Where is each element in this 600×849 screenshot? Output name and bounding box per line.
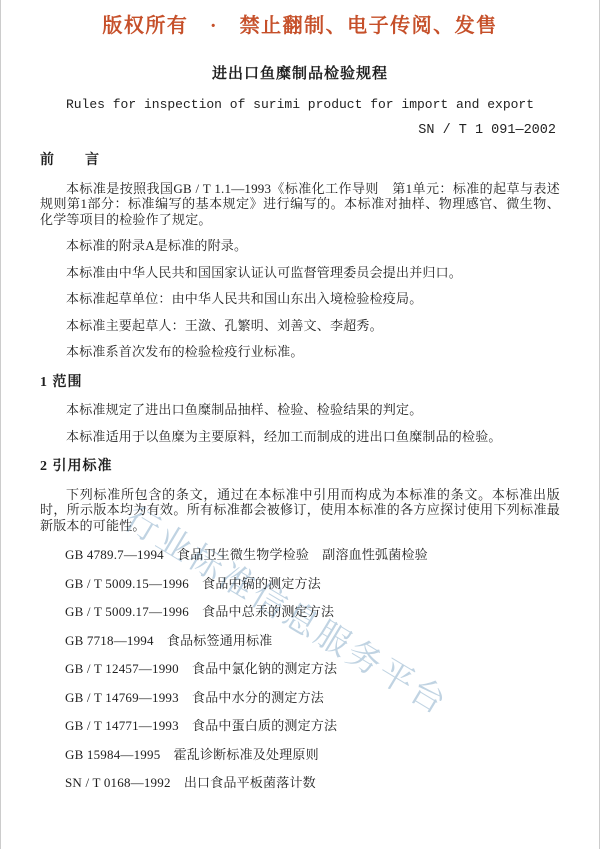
foreword-paragraph: 本标准由中华人民共和国国家认证认可监督管理委员会提出并归口。 [40, 265, 560, 281]
reference-item: GB / T 5009.15—1996 食品中镉的测定方法 [65, 576, 560, 592]
reference-item: GB 4789.7—1994 食品卫生微生物学检验 副溶血性弧菌检验 [65, 547, 560, 563]
section-2-paragraph: 下列标准所包含的条文，通过在本标准中引用而构成为本标准的条文。本标准出版时，所示… [40, 487, 560, 534]
reference-item: SN / T 0168—1992 出口食品平板菌落计数 [65, 775, 560, 791]
page-left-edge [0, 0, 1, 849]
foreword-heading: 前 言 [40, 153, 560, 169]
section-2-heading: 2 引用标准 [40, 459, 560, 475]
reference-item: GB / T 14769—1993 食品中水分的测定方法 [65, 690, 560, 706]
document-title-zh: 进出口鱼糜制品检验规程 [0, 62, 600, 83]
foreword-paragraph: 本标准系首次发布的检验检疫行业标准。 [40, 344, 560, 360]
copyright-notice: 版权所有 · 禁止翻制、电子传阅、发售 [0, 0, 600, 38]
reference-item: GB 15984—1995 霍乱诊断标准及处理原则 [65, 747, 560, 763]
reference-item: GB / T 12457—1990 食品中氯化钠的测定方法 [65, 661, 560, 677]
document-body: 前 言 本标准是按照我国GB / T 1.1—1993《标准化工作导则 第1单元… [40, 153, 560, 791]
document-page: 行业标准信息服务平台 版权所有 · 禁止翻制、电子传阅、发售 进出口鱼糜制品检验… [0, 0, 600, 849]
reference-item: GB / T 5009.17—1996 食品中总汞的测定方法 [65, 604, 560, 620]
foreword-paragraph: 本标准主要起草人：王潋、孔繁明、刘善文、李超秀。 [40, 318, 560, 334]
foreword-paragraph: 本标准的附录A是标准的附录。 [40, 238, 560, 254]
section-1-paragraph: 本标准规定了进出口鱼糜制品抽样、检验、检验结果的判定。 [40, 402, 560, 418]
reference-item: GB 7718—1994 食品标签通用标准 [65, 633, 560, 649]
section-1-heading: 1 范围 [40, 375, 560, 391]
reference-list: GB 4789.7—1994 食品卫生微生物学检验 副溶血性弧菌检验 GB / … [40, 547, 560, 791]
document-title-en: Rules for inspection of surimi product f… [0, 97, 600, 112]
reference-item: GB / T 14771—1993 食品中蛋白质的测定方法 [65, 718, 560, 734]
foreword-paragraph: 本标准起草单位：由中华人民共和国山东出入境检验检疫局。 [40, 291, 560, 307]
section-1-paragraph: 本标准适用于以鱼糜为主要原料，经加工而制成的进出口鱼糜制品的检验。 [40, 429, 560, 445]
standard-code: SN / T 1 091—2002 [0, 123, 600, 138]
foreword-paragraph: 本标准是按照我国GB / T 1.1—1993《标准化工作导则 第1单元：标准的… [40, 181, 560, 228]
